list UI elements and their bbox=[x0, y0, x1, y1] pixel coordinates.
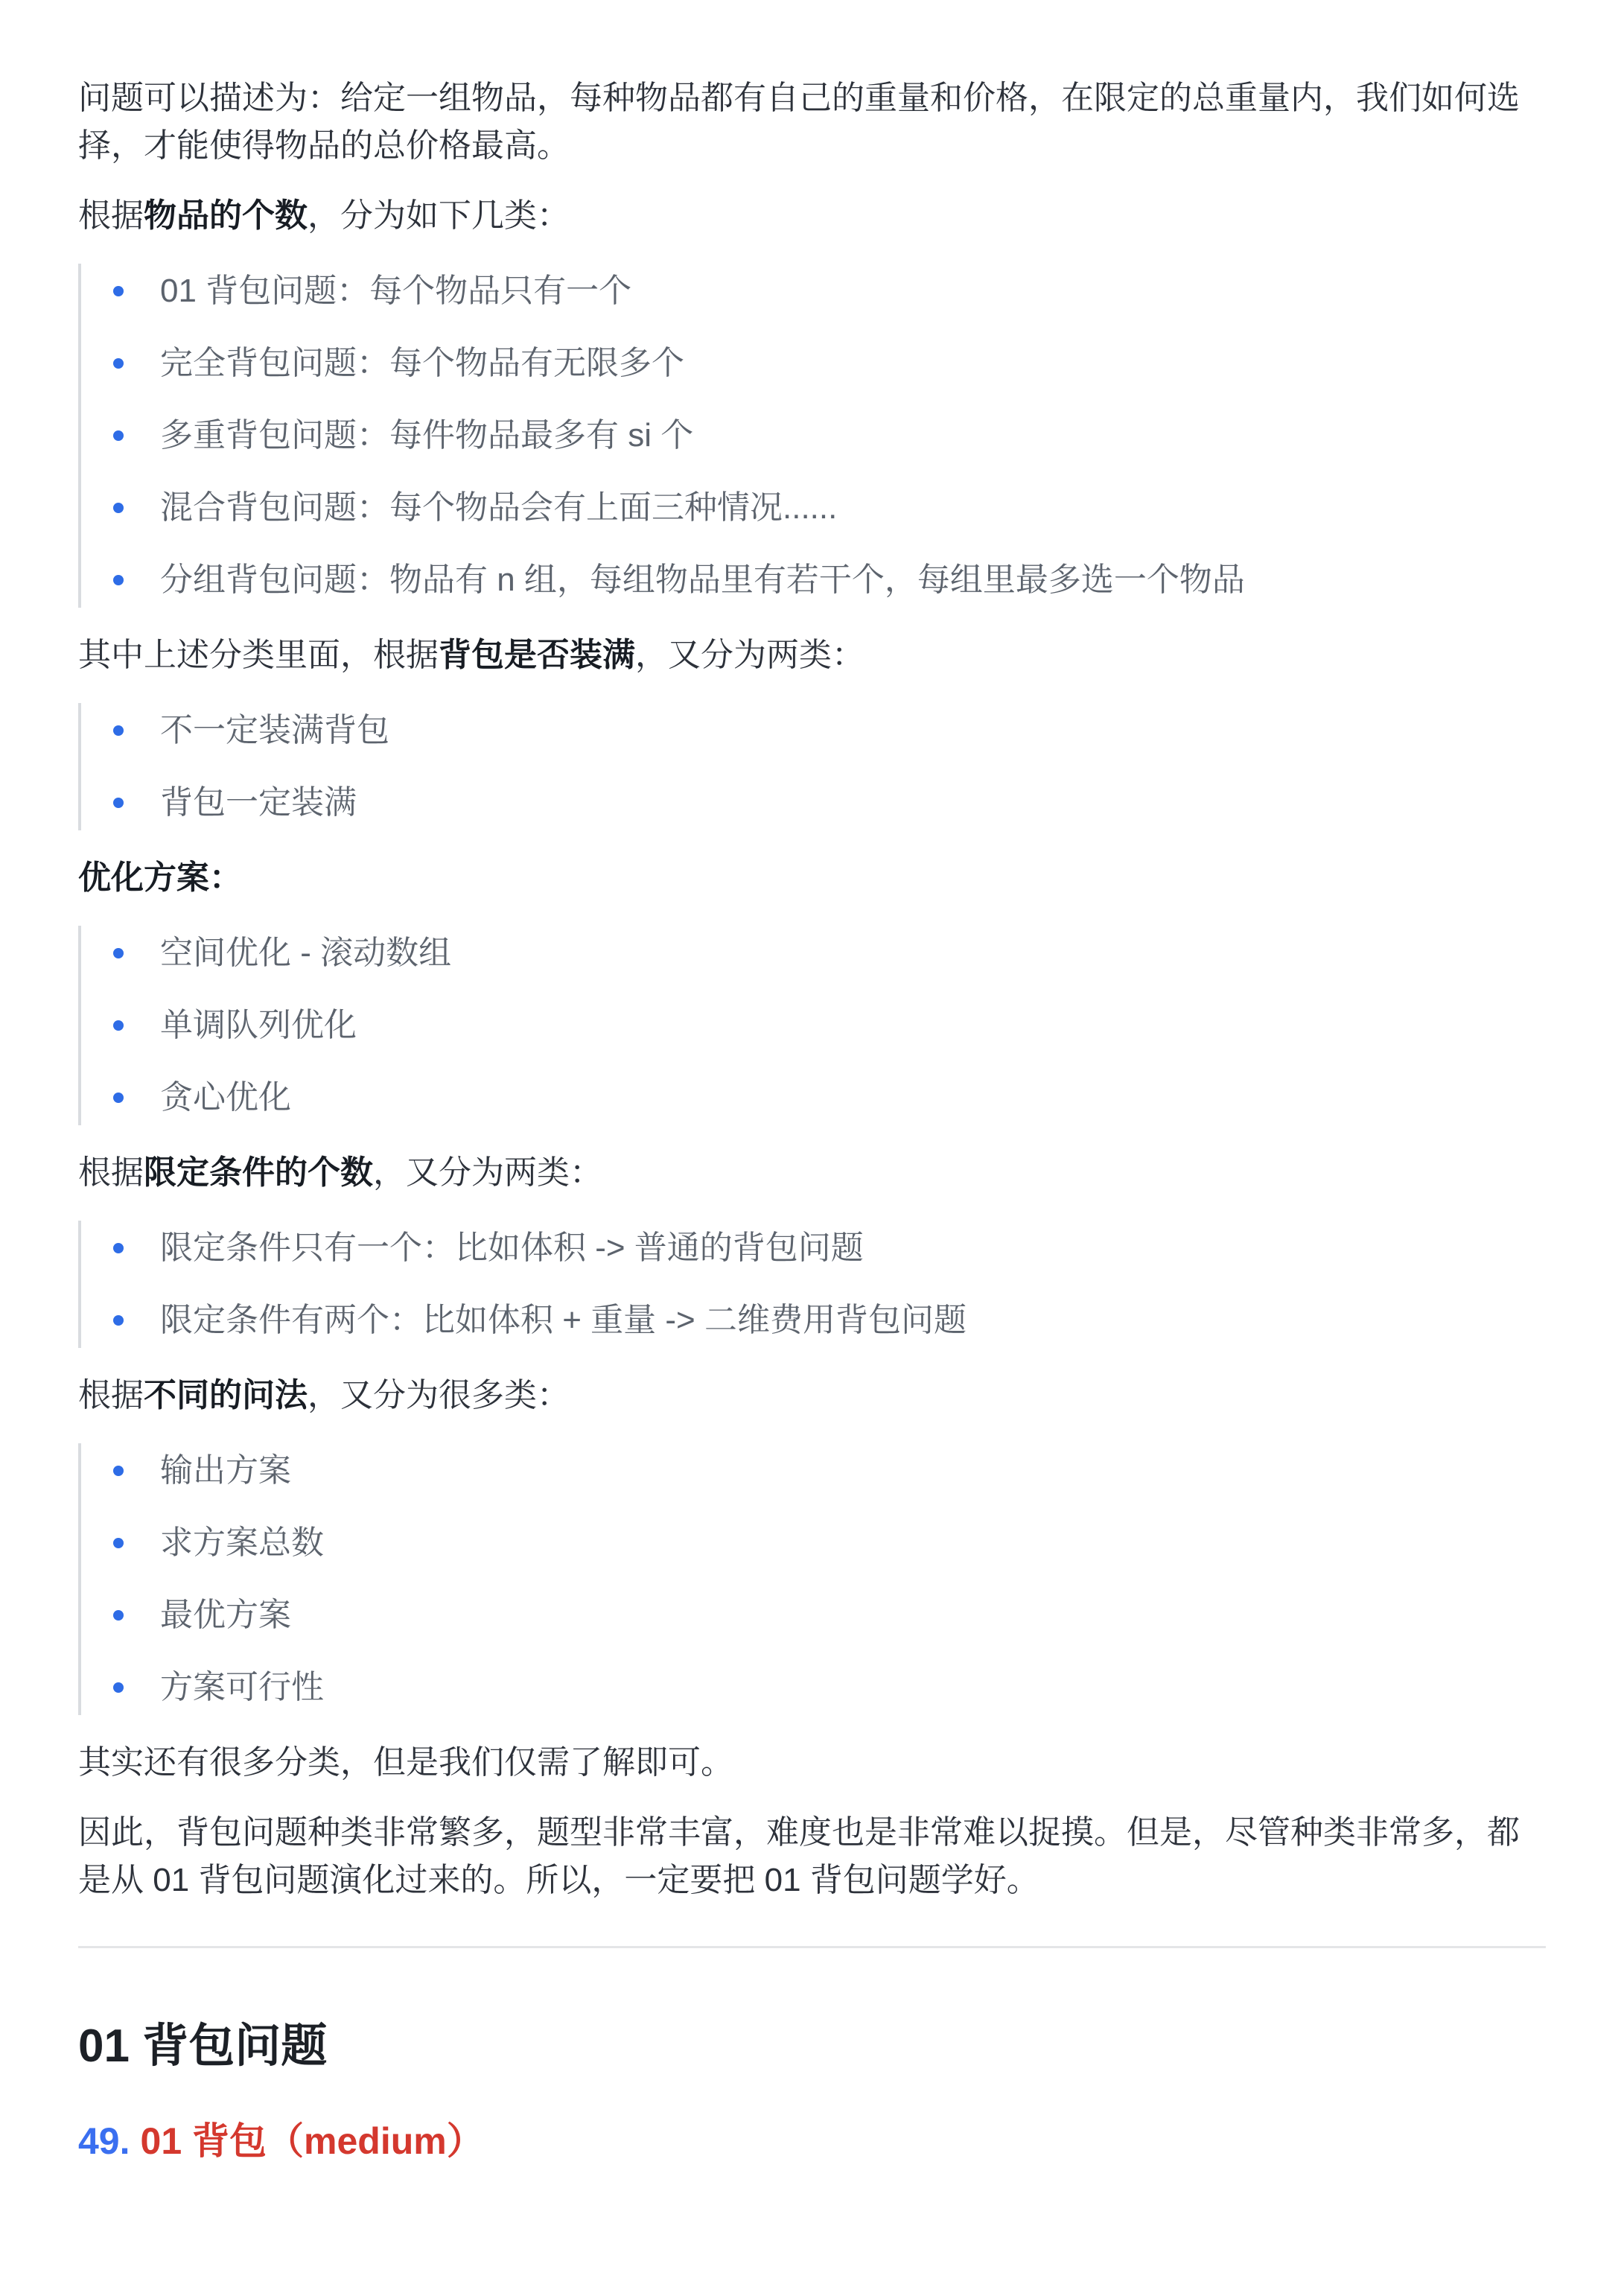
list-by-count: 01 背包问题：每个物品只有一个 完全背包问题：每个物品有无限多个 多重背包问题… bbox=[78, 264, 1546, 608]
list-by-question: 输出方案 求方案总数 最优方案 方案可行性 bbox=[78, 1443, 1546, 1715]
paragraph-conclusion: 因此，背包问题种类非常繁多，题型非常丰富，难度也是非常难以捉摸。但是，尽管种类非… bbox=[78, 1809, 1546, 1904]
bullet-icon bbox=[113, 1020, 124, 1031]
list-item-text: 空间优化 - 滚动数组 bbox=[160, 935, 451, 971]
list-by-constraints: 限定条件只有一个：比如体积 -> 普通的背包问题 限定条件有两个：比如体积 + … bbox=[78, 1221, 1546, 1348]
lead-suffix: ，又分为两类： bbox=[635, 637, 864, 673]
list-item-text: 多重背包问题：每件物品最多有 si 个 bbox=[160, 417, 693, 454]
bullet-icon bbox=[113, 1538, 124, 1548]
lead-prefix: 根据 bbox=[78, 1154, 144, 1191]
bullet-icon bbox=[113, 948, 124, 958]
lead-prefix: 根据 bbox=[78, 1377, 144, 1413]
list-optimization: 空间优化 - 滚动数组 单调队列优化 贪心优化 bbox=[78, 926, 1546, 1125]
bullet-icon bbox=[113, 1610, 124, 1621]
divider bbox=[78, 1946, 1546, 1948]
list-item: 背包一定装满 bbox=[81, 784, 1546, 821]
list-by-full: 不一定装满背包 背包一定装满 bbox=[78, 703, 1546, 830]
problem-number: 49. bbox=[78, 2120, 130, 2162]
list-item: 求方案总数 bbox=[81, 1524, 1546, 1562]
list-item: 完全背包问题：每个物品有无限多个 bbox=[81, 345, 1546, 382]
bullet-icon bbox=[113, 798, 124, 808]
section-title: 01 背包问题 bbox=[78, 2017, 1546, 2076]
list-item: 方案可行性 bbox=[81, 1669, 1546, 1706]
lead-bold: 物品的个数 bbox=[144, 197, 308, 234]
problem-link[interactable]: 01 背包（medium） bbox=[141, 2120, 484, 2162]
list-item-text: 最优方案 bbox=[160, 1597, 291, 1633]
list-item: 限定条件只有一个：比如体积 -> 普通的背包问题 bbox=[81, 1230, 1546, 1267]
problem-heading: 49.01 背包（medium） bbox=[78, 2117, 1546, 2166]
paragraph-by-constraints-lead: 根据限定条件的个数，又分为两类： bbox=[78, 1149, 1546, 1197]
list-item-text: 限定条件只有一个：比如体积 -> 普通的背包问题 bbox=[160, 1230, 864, 1266]
list-item: 空间优化 - 滚动数组 bbox=[81, 935, 1546, 972]
bullet-icon bbox=[113, 358, 124, 369]
paragraph-intro-text: 问题可以描述为：给定一组物品，每种物品都有自己的重量和价格，在限定的总重量内，我… bbox=[78, 80, 1520, 164]
lead-suffix: ，又分为很多类： bbox=[308, 1377, 570, 1413]
paragraph-intro: 问题可以描述为：给定一组物品，每种物品都有自己的重量和价格，在限定的总重量内，我… bbox=[78, 74, 1546, 170]
list-item: 多重背包问题：每件物品最多有 si 个 bbox=[81, 417, 1546, 454]
paragraph-note: 其实还有很多分类，但是我们仅需了解即可。 bbox=[78, 1739, 1546, 1787]
article-content: 问题可以描述为：给定一组物品，每种物品都有自己的重量和价格，在限定的总重量内，我… bbox=[0, 0, 1624, 2166]
lead-suffix: ： bbox=[209, 859, 242, 896]
list-item-text: 01 背包问题：每个物品只有一个 bbox=[160, 273, 631, 309]
list-item: 输出方案 bbox=[81, 1452, 1546, 1489]
list-item-text: 背包一定装满 bbox=[160, 784, 357, 821]
bullet-icon bbox=[113, 575, 124, 585]
list-item: 混合背包问题：每个物品会有上面三种情况...... bbox=[81, 489, 1546, 527]
paragraph-note-text: 其实还有很多分类，但是我们仅需了解即可。 bbox=[78, 1744, 733, 1781]
bullet-icon bbox=[113, 1315, 124, 1326]
lead-bold: 不同的问法 bbox=[144, 1377, 308, 1413]
list-item-text: 分组背包问题：物品有 n 组，每组物品里有若干个，每组里最多选一个物品 bbox=[160, 562, 1245, 598]
paragraph-by-full-lead: 其中上述分类里面，根据背包是否装满，又分为两类： bbox=[78, 632, 1546, 679]
bullet-icon bbox=[113, 1466, 124, 1476]
bullet-icon bbox=[113, 1093, 124, 1103]
bullet-icon bbox=[113, 725, 124, 736]
list-item-text: 方案可行性 bbox=[160, 1669, 324, 1705]
list-item-text: 不一定装满背包 bbox=[160, 712, 389, 748]
list-item: 最优方案 bbox=[81, 1597, 1546, 1634]
lead-prefix: 根据 bbox=[78, 197, 144, 234]
paragraph-by-question-lead: 根据不同的问法，又分为很多类： bbox=[78, 1372, 1546, 1419]
bullet-icon bbox=[113, 1682, 124, 1693]
lead-prefix: 其中上述分类里面，根据 bbox=[78, 637, 439, 673]
bullet-icon bbox=[113, 1243, 124, 1253]
paragraph-optimization-lead: 优化方案： bbox=[78, 854, 1546, 902]
lead-bold: 限定条件的个数 bbox=[144, 1154, 373, 1191]
list-item: 贪心优化 bbox=[81, 1079, 1546, 1116]
list-item-text: 贪心优化 bbox=[160, 1079, 291, 1116]
lead-suffix: ，又分为两类： bbox=[373, 1154, 602, 1191]
lead-suffix: ，分为如下几类： bbox=[308, 197, 570, 234]
list-item-text: 单调队列优化 bbox=[160, 1007, 357, 1043]
list-item: 分组背包问题：物品有 n 组，每组物品里有若干个，每组里最多选一个物品 bbox=[81, 562, 1546, 599]
list-item-text: 混合背包问题：每个物品会有上面三种情况...... bbox=[160, 489, 837, 526]
list-item-text: 限定条件有两个：比如体积 + 重量 -> 二维费用背包问题 bbox=[160, 1302, 967, 1338]
list-item: 01 背包问题：每个物品只有一个 bbox=[81, 273, 1546, 310]
bullet-icon bbox=[113, 430, 124, 441]
paragraph-conclusion-text: 因此，背包问题种类非常繁多，题型非常丰富，难度也是非常难以捉摸。但是，尽管种类非… bbox=[78, 1814, 1520, 1898]
list-item: 单调队列优化 bbox=[81, 1007, 1546, 1044]
list-item: 不一定装满背包 bbox=[81, 712, 1546, 749]
lead-bold: 优化方案 bbox=[78, 859, 209, 896]
bullet-icon bbox=[113, 503, 124, 513]
paragraph-by-count-lead: 根据物品的个数，分为如下几类： bbox=[78, 192, 1546, 240]
list-item-text: 完全背包问题：每个物品有无限多个 bbox=[160, 345, 684, 381]
lead-bold: 背包是否装满 bbox=[439, 637, 635, 673]
list-item: 限定条件有两个：比如体积 + 重量 -> 二维费用背包问题 bbox=[81, 1302, 1546, 1339]
list-item-text: 输出方案 bbox=[160, 1452, 291, 1489]
list-item-text: 求方案总数 bbox=[160, 1524, 324, 1561]
bullet-icon bbox=[113, 286, 124, 296]
